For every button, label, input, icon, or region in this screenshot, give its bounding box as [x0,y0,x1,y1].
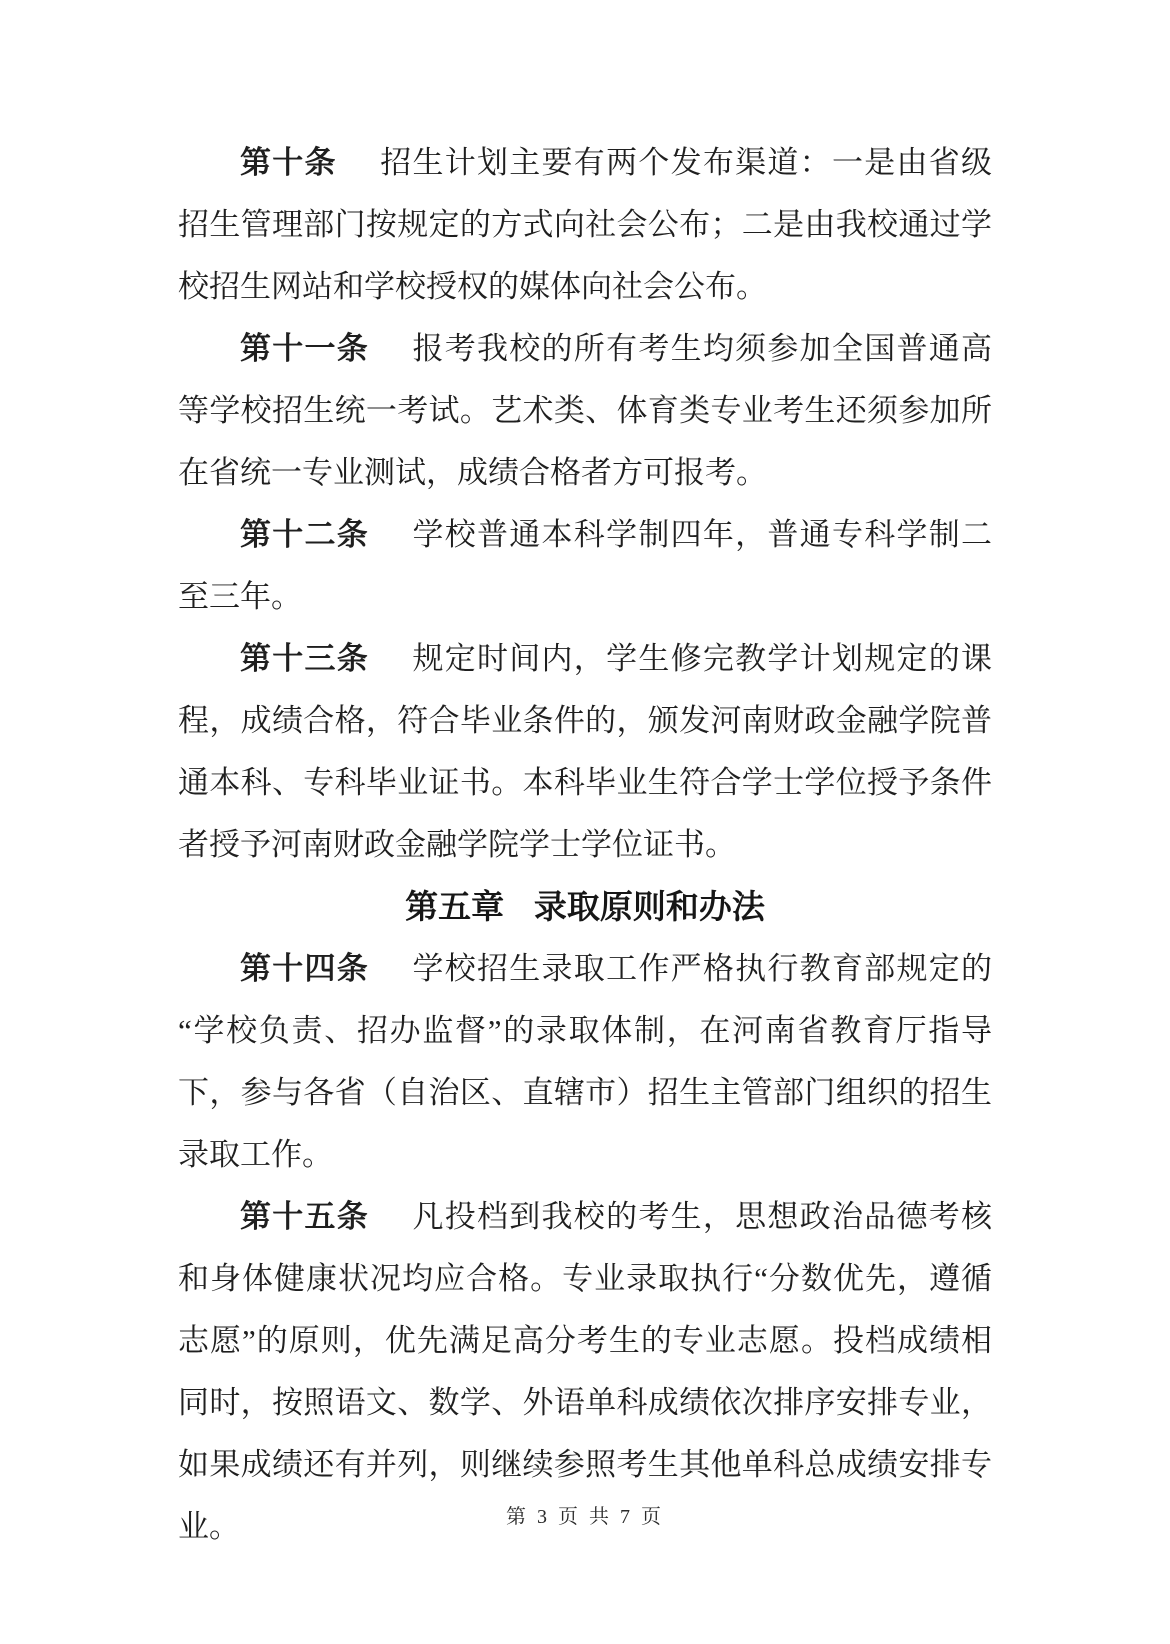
article-number-label: 第十四条 [240,951,369,986]
chapter-heading: 第五章录取原则和办法 [178,876,992,938]
article-paragraph-11: 第十一条报考我校的所有考生均须参加全国普通高等学校招生统一考试。艺术类、体育类专… [178,318,992,504]
article-number-label: 第十条 [240,145,337,180]
document-page: 第十条招生计划主要有两个发布渠道：一是由省级招生管理部门按规定的方式向社会公布；… [0,0,1170,1644]
article-number-label: 第十三条 [240,641,369,676]
article-paragraph-14: 第十四条学校招生录取工作严格执行教育部规定的“学校负责、招办监督”的录取体制，在… [178,938,992,1186]
page-footer: 第 3 页 共 7 页 [0,1503,1170,1531]
article-text: 凡投档到我校的考生，思想政治品德考核和身体健康状况均应合格。专业录取执行“分数优… [178,1199,992,1544]
chapter-number-label: 第五章 [405,888,504,925]
article-paragraph-13: 第十三条规定时间内，学生修完教学计划规定的课程，成绩合格，符合毕业条件的，颁发河… [178,628,992,876]
article-paragraph-10: 第十条招生计划主要有两个发布渠道：一是由省级招生管理部门按规定的方式向社会公布；… [178,132,992,318]
chapter-title: 录取原则和办法 [534,888,765,925]
page-number: 第 3 页 共 7 页 [506,1506,664,1528]
article-number-label: 第十五条 [240,1199,369,1234]
article-number-label: 第十二条 [240,517,369,552]
article-number-label: 第十一条 [240,331,369,366]
document-content: 第十条招生计划主要有两个发布渠道：一是由省级招生管理部门按规定的方式向社会公布；… [178,0,992,1558]
article-paragraph-12: 第十二条学校普通本科学制四年，普通专科学制二至三年。 [178,504,992,628]
